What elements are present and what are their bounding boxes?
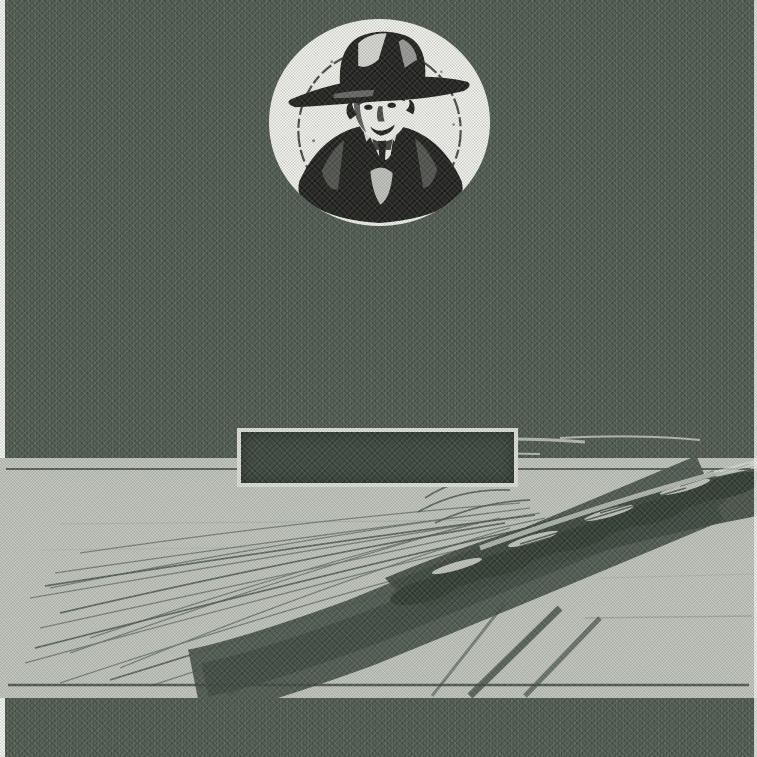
empty-name-plate [237, 428, 518, 487]
scanned-label-sheet [0, 0, 757, 757]
farmer-portrait-medallion [269, 19, 490, 226]
farmer-hat [288, 32, 469, 108]
farmer-portrait-icon [269, 19, 490, 226]
